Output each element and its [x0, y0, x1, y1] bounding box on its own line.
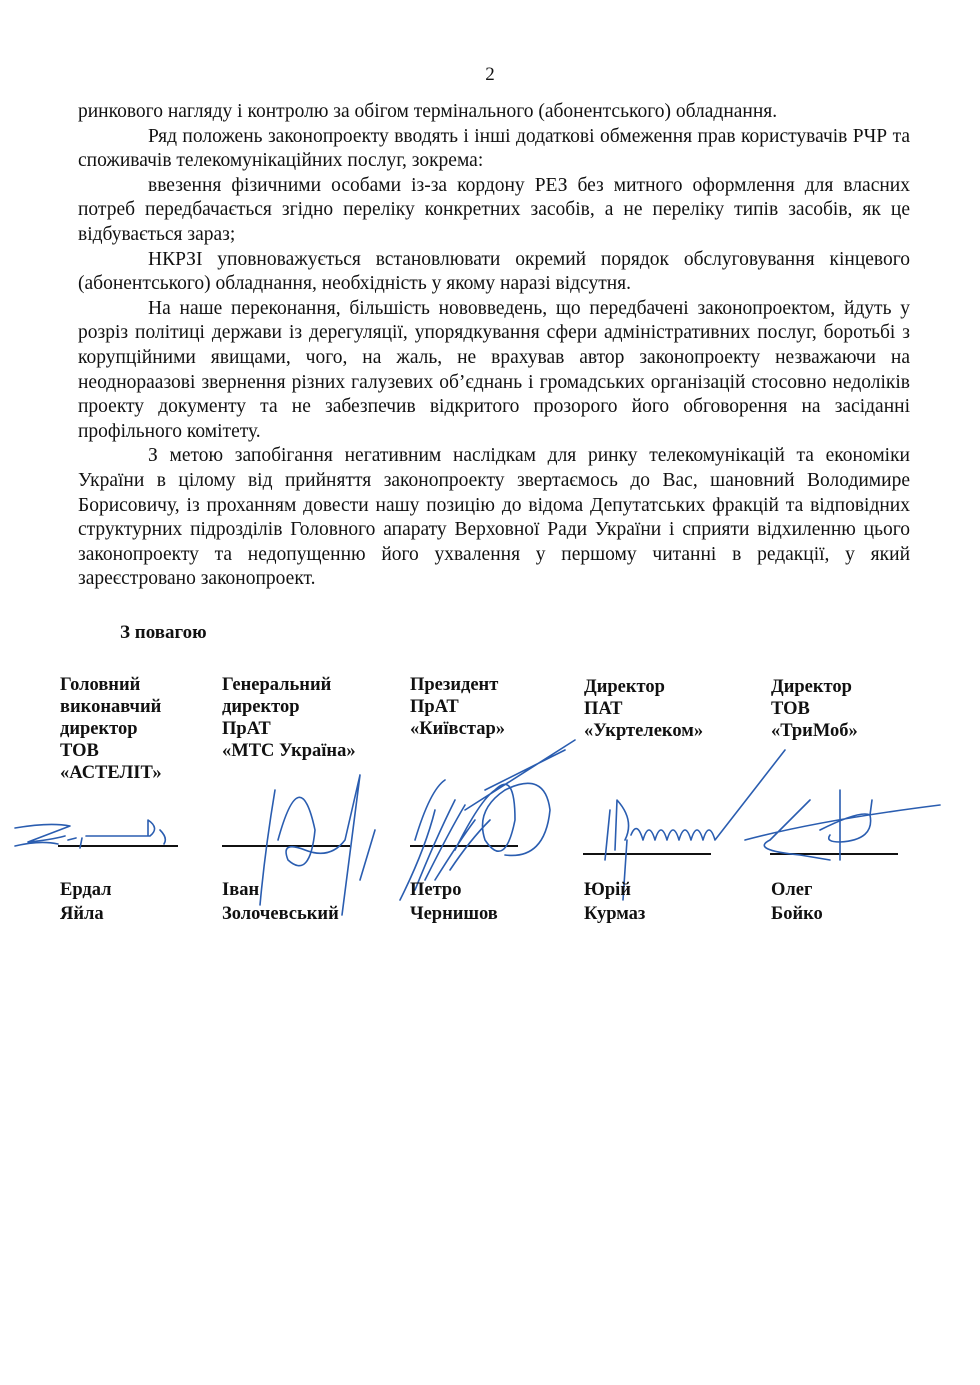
title-line: ПрАТ — [410, 696, 505, 718]
title-line: «АСТЕЛІТ» — [60, 762, 162, 784]
title-line: Директор — [771, 676, 858, 698]
title-line: ПАТ — [584, 698, 703, 720]
title-line: «МТС Україна» — [222, 740, 356, 762]
title-line: ТОВ — [60, 740, 162, 762]
last-name: Чернишов — [410, 902, 498, 926]
last-name: Бойко — [771, 902, 823, 926]
last-name: Золочевський — [222, 902, 339, 926]
closing-regards: З повагою — [120, 622, 207, 644]
title-line: ПрАТ — [222, 718, 356, 740]
title-line: «ТриМоб» — [771, 720, 858, 742]
paragraph: З метою запобігання негативним наслідкам… — [78, 444, 910, 592]
signatory-title-ukrtelecom: Директор ПАТ «Укртелеком» — [584, 676, 703, 742]
title-line: ТОВ — [771, 698, 858, 720]
first-name: Ердал — [60, 878, 112, 902]
paragraph: ринкового нагляду і контролю за обігом т… — [78, 100, 910, 125]
title-line: Головний — [60, 674, 162, 696]
last-name: Яйла — [60, 902, 112, 926]
first-name: Олег — [771, 878, 823, 902]
paragraph: На наше переконання, більшість нововведе… — [78, 297, 910, 445]
signatory-name-mts: Іван Золочевський — [222, 878, 339, 926]
signatory-title-trimob: Директор ТОВ «ТриМоб» — [771, 676, 858, 742]
signature-icon — [740, 760, 950, 880]
last-name: Курмаз — [584, 902, 645, 926]
title-line: Президент — [410, 674, 505, 696]
signatory-name-ukrtelecom: Юрій Курмаз — [584, 878, 645, 926]
paragraph: Ряд положень законопроекту вводять і інш… — [78, 125, 910, 174]
page-number: 2 — [0, 64, 980, 86]
letter-body: ринкового нагляду і контролю за обігом т… — [78, 100, 910, 592]
signatory-name-trimob: Олег Бойко — [771, 878, 823, 926]
signature-icon — [10, 810, 170, 860]
title-line: виконавчий — [60, 696, 162, 718]
signatory-title-astelit: Головний виконавчий директор ТОВ «АСТЕЛІ… — [60, 674, 162, 784]
paragraph: НКРЗІ уповноважується встановлювати окре… — [78, 248, 910, 297]
title-line: Генеральний — [222, 674, 356, 696]
signatory-title-mts: Генеральний директор ПрАТ «МТС Україна» — [222, 674, 356, 762]
title-line: «Укртелеком» — [584, 720, 703, 742]
first-name: Іван — [222, 878, 339, 902]
paragraph: ввезення фізичними особами із-за кордону… — [78, 174, 910, 248]
title-line: Директор — [584, 676, 703, 698]
first-name: Юрій — [584, 878, 645, 902]
title-line: директор — [222, 696, 356, 718]
first-name: Петро — [410, 878, 498, 902]
signatory-name-kyivstar: Петро Чернишов — [410, 878, 498, 926]
signatory-name-astelit: Ердал Яйла — [60, 878, 112, 926]
title-line: директор — [60, 718, 162, 740]
